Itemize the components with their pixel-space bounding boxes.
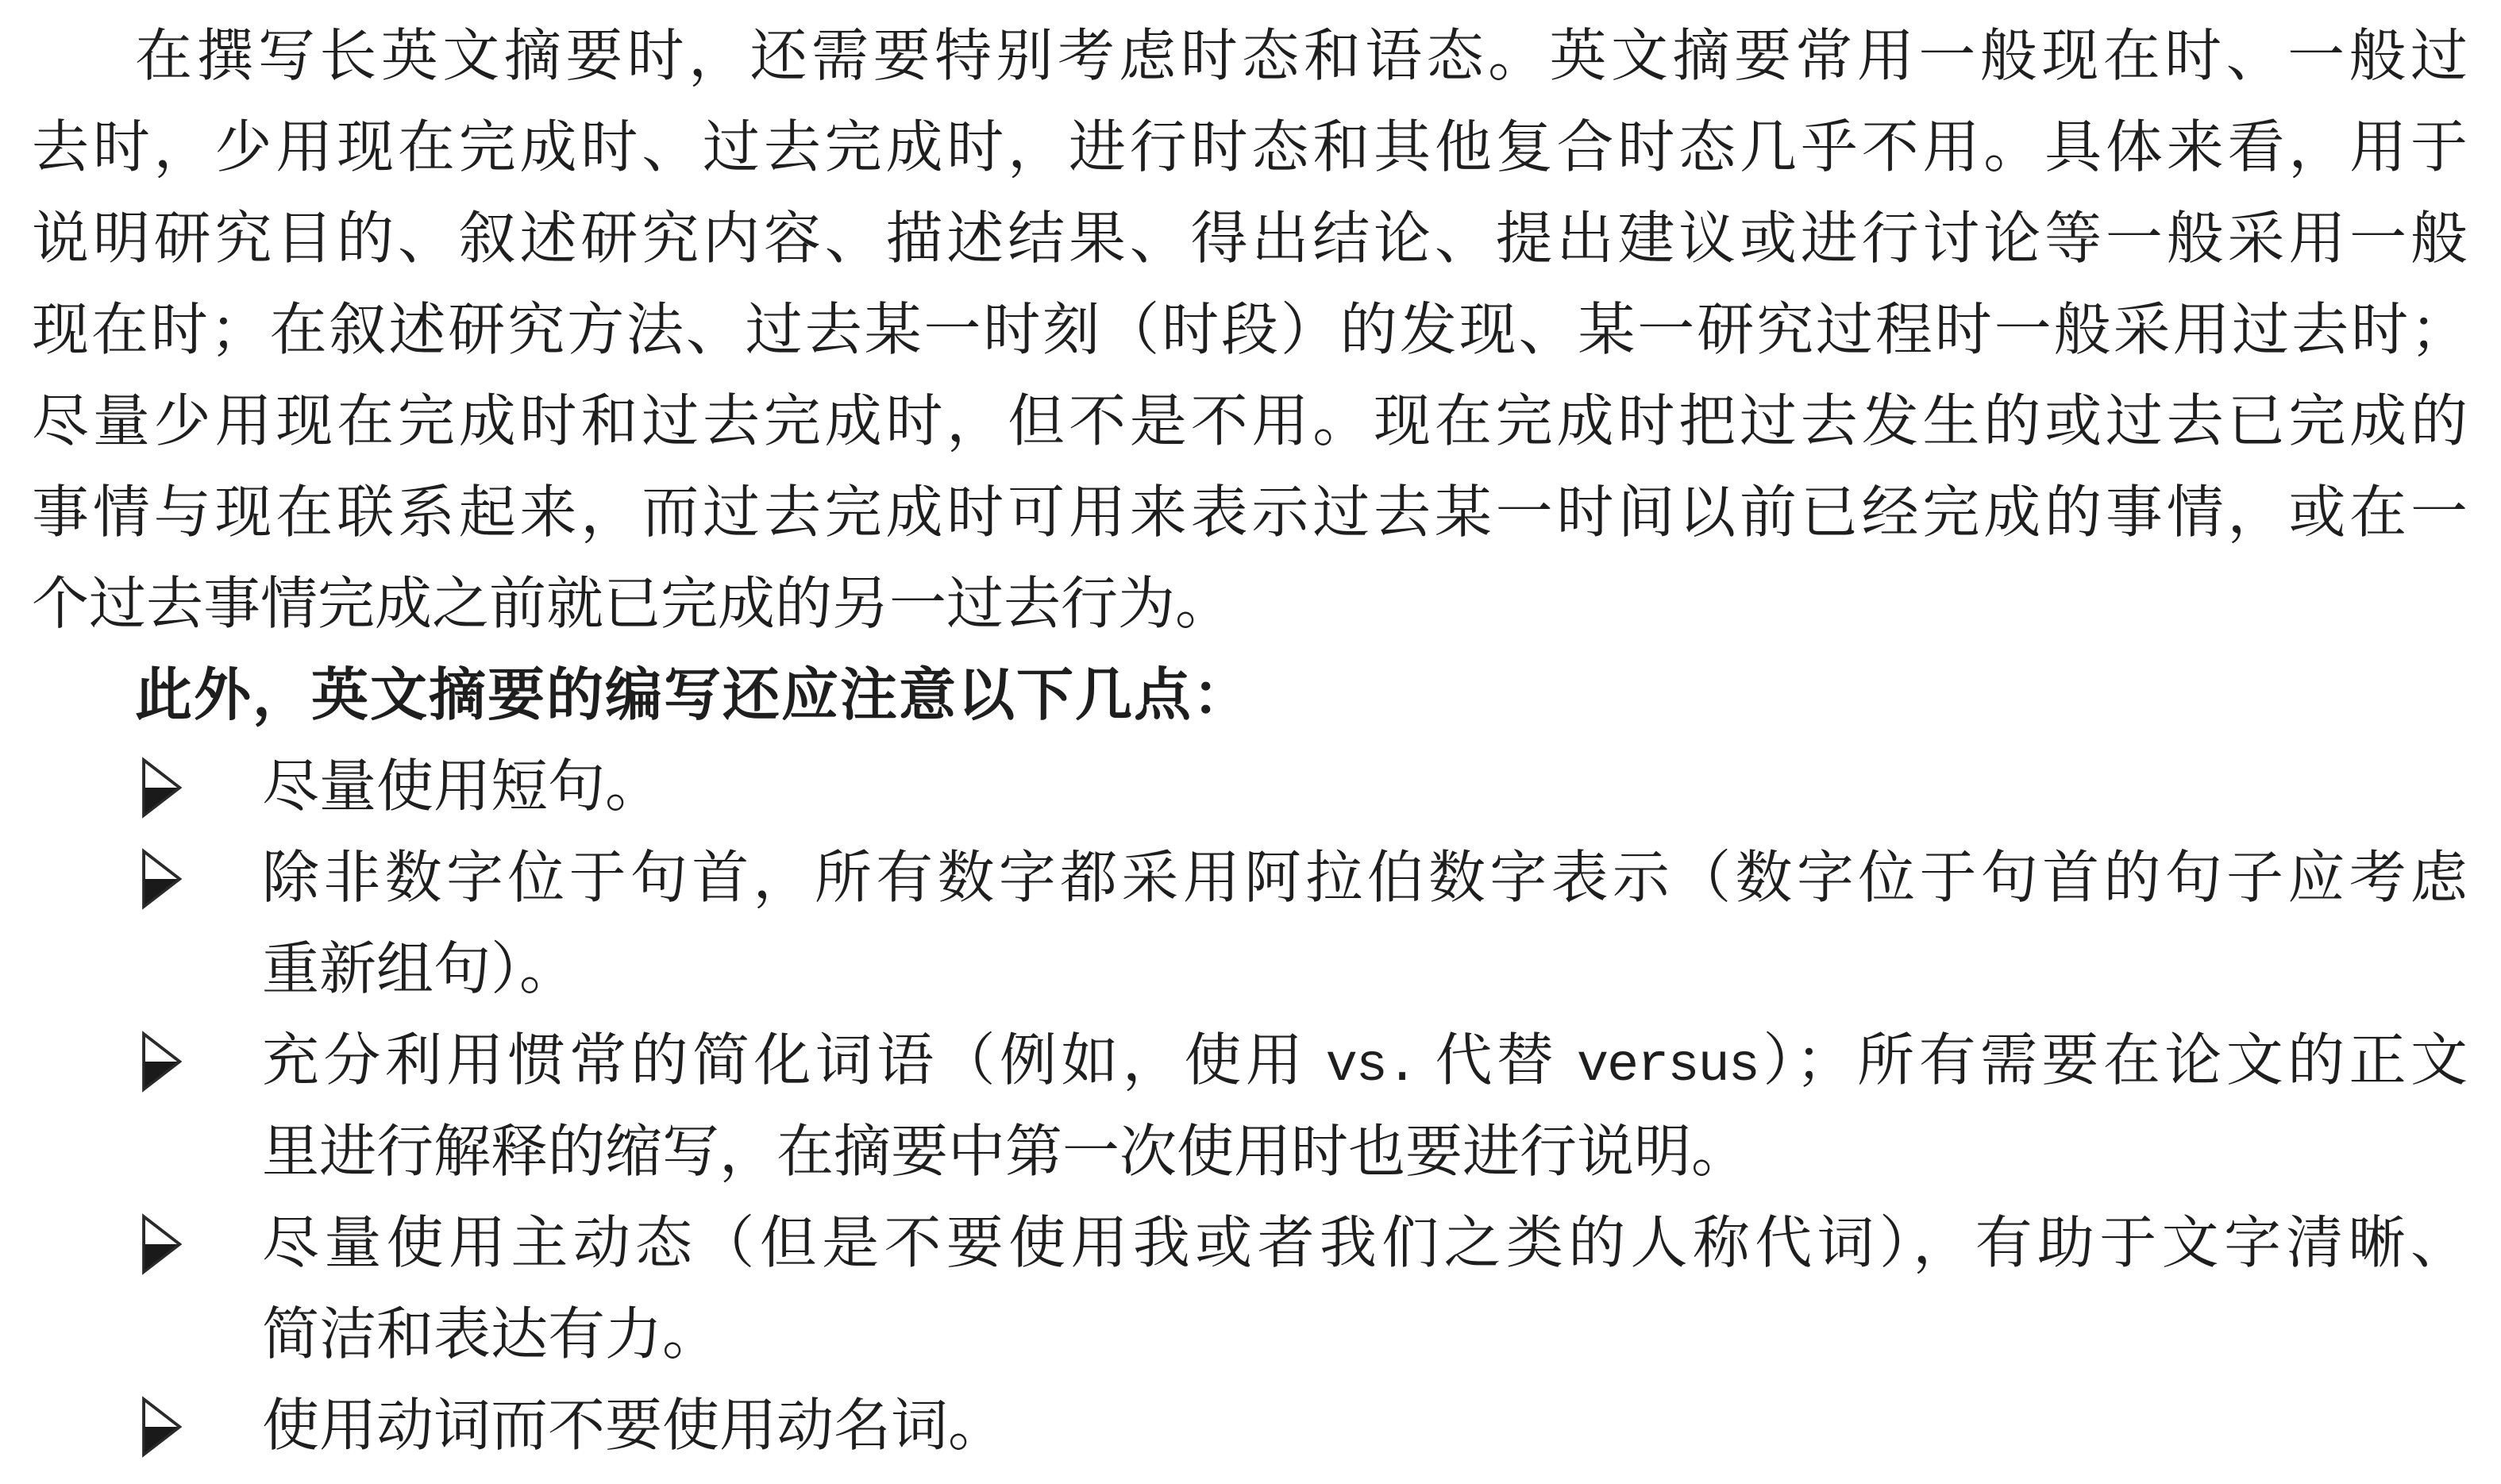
bullet-line: 使用动词而不要使用动名词。: [262, 1381, 2468, 1472]
arrow-bullet-icon: [137, 742, 186, 833]
bullet-item-active-voice: 尽量使用主动态（但是不要使用我或者我们之类的人称代词），有助于文字清晰、 简洁和…: [32, 1198, 2468, 1381]
paragraph-tense-and-voice: 在撰写长英文摘要时，还需要特别考虑时态和语态。英文摘要常用一般现在时、一般过 去…: [32, 11, 2468, 650]
bullet-line: 简洁和表达有力。: [262, 1289, 2468, 1381]
arrow-bullet-icon: [137, 1381, 186, 1472]
paragraph-line: 现在时；在叙述研究方法、过去某一时刻（时段）的发现、某一研究过程时一般采用过去时…: [32, 285, 2468, 376]
arrow-bullet-icon: [137, 1198, 186, 1289]
paragraph-line: 说明研究目的、叙述研究内容、描述结果、得出结论、提出建议或进行讨论等一般采用一般: [32, 194, 2468, 285]
bullet-line: 里进行解释的缩写，在摘要中第一次使用时也要进行说明。: [262, 1107, 2468, 1198]
bullet-text: 使用动词而不要使用动名词。: [262, 1381, 2468, 1472]
bullet-line: 重新组句）。: [262, 924, 2468, 1016]
paragraph-line: 尽量少用现在完成时和过去完成时，但不是不用。现在完成时把过去发生的或过去已完成的: [32, 376, 2468, 468]
text-segment: ）；所有需要在论文的正文: [1759, 1029, 2468, 1093]
bullet-text: 尽量使用短句。: [262, 742, 2468, 833]
paragraph-line: 去时，少用现在完成时、过去完成时，进行时态和其他复合时态几乎不用。具体来看，用于: [32, 102, 2468, 194]
paragraph-line: 个过去事情完成之前就已完成的另一过去行为。: [32, 559, 2468, 650]
bullet-line: 尽量使用短句。: [262, 742, 2468, 833]
paragraph-line: 事情与现在联系起来，而过去完成时可用来表示过去某一时间以前已经完成的事情，或在一: [32, 468, 2468, 559]
bullet-item-arabic-numerals: 除非数字位于句首，所有数字都采用阿拉伯数字表示（数字位于句首的句子应考虑 重新组…: [32, 833, 2468, 1016]
bullet-item-abbreviations: 充分利用惯常的简化词语（例如，使用 vs. 代替 versus）；所有需要在论文…: [32, 1016, 2468, 1198]
bullet-text: 除非数字位于句首，所有数字都采用阿拉伯数字表示（数字位于句首的句子应考虑 重新组…: [262, 833, 2468, 1016]
bullet-text: 尽量使用主动态（但是不要使用我或者我们之类的人称代词），有助于文字清晰、 简洁和…: [262, 1198, 2468, 1381]
paragraph-line: 在撰写长英文摘要时，还需要特别考虑时态和语态。英文摘要常用一般现在时、一般过: [32, 11, 2468, 102]
text-segment: 代替: [1416, 1029, 1577, 1093]
section-heading: 此外，英文摘要的编写还应注意以下几点：: [32, 650, 2468, 742]
bullet-item-short-sentences: 尽量使用短句。: [32, 742, 2468, 833]
bullet-line: 除非数字位于句首，所有数字都采用阿拉伯数字表示（数字位于句首的句子应考虑: [262, 833, 2468, 924]
bullet-text: 充分利用惯常的简化词语（例如，使用 vs. 代替 versus）；所有需要在论文…: [262, 1016, 2468, 1198]
arrow-bullet-icon: [137, 1016, 186, 1107]
bullet-line: 充分利用惯常的简化词语（例如，使用 vs. 代替 versus）；所有需要在论文…: [262, 1016, 2468, 1107]
bullet-line: 尽量使用主动态（但是不要使用我或者我们之类的人称代词），有助于文字清晰、: [262, 1198, 2468, 1289]
arrow-bullet-icon: [137, 833, 186, 924]
latin-abbreviation: versus: [1577, 1036, 1759, 1097]
bullet-item-verbs-not-gerunds: 使用动词而不要使用动名词。: [32, 1381, 2468, 1472]
text-segment: 充分利用惯常的简化词语（例如，使用: [262, 1029, 1326, 1093]
document-page: 在撰写长英文摘要时，还需要特别考虑时态和语态。英文摘要常用一般现在时、一般过 去…: [0, 0, 2501, 1484]
latin-abbreviation: vs.: [1326, 1036, 1417, 1097]
